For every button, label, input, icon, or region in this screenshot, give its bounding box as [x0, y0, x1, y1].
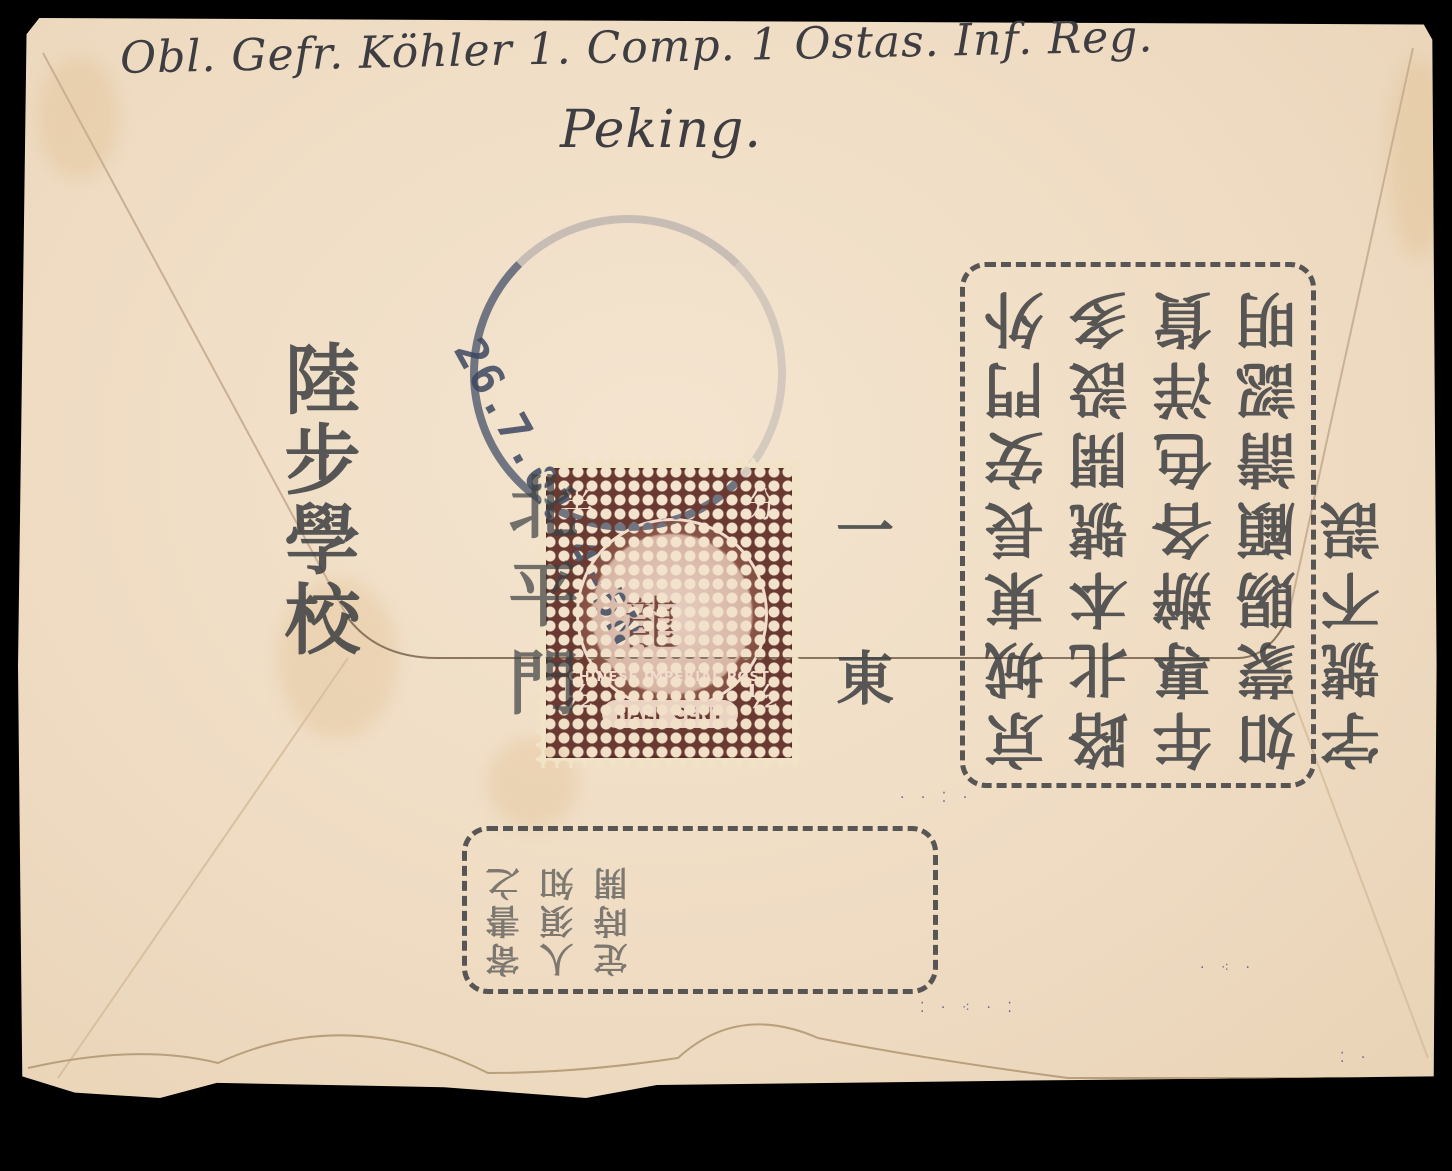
- side-chop-chars: 一東: [818, 500, 902, 796]
- merchant-chop-text: 京城東長安門外路北本號開設多年專辦各色洋貨如蒙賜顧請認明字號不誤: [977, 279, 1299, 771]
- notice-chop-box: 寄書之人須知定時開: [462, 826, 938, 994]
- dragon-icon: 龍: [624, 580, 680, 660]
- notice-chop-text: 寄書之人須知定時開: [479, 843, 921, 977]
- merchant-chop-box: 京城東長安門外路北本號開設多年專辦各色洋貨如蒙賜顧請認明字號不誤: [960, 262, 1316, 788]
- stamp-corner-right: 分: [744, 478, 778, 527]
- stamp-cancel-chop: 北平門: [488, 470, 589, 734]
- blue-ink-speckle: · ⁖ ·: [1200, 960, 1256, 976]
- blue-ink-speckle: ⁚ ·: [1340, 1050, 1371, 1066]
- stamp-fraction-right: ½: [745, 678, 778, 716]
- sender-address-city: Peking.: [560, 100, 762, 160]
- stamp-denomination: HALF CENT: [602, 700, 738, 728]
- blue-ink-speckle: · · ⁚ ·: [900, 790, 973, 806]
- school-name-chop: 陸步學校: [262, 340, 371, 660]
- blue-ink-speckle: ⁚ · ⁖ · ⁚: [920, 1000, 1018, 1016]
